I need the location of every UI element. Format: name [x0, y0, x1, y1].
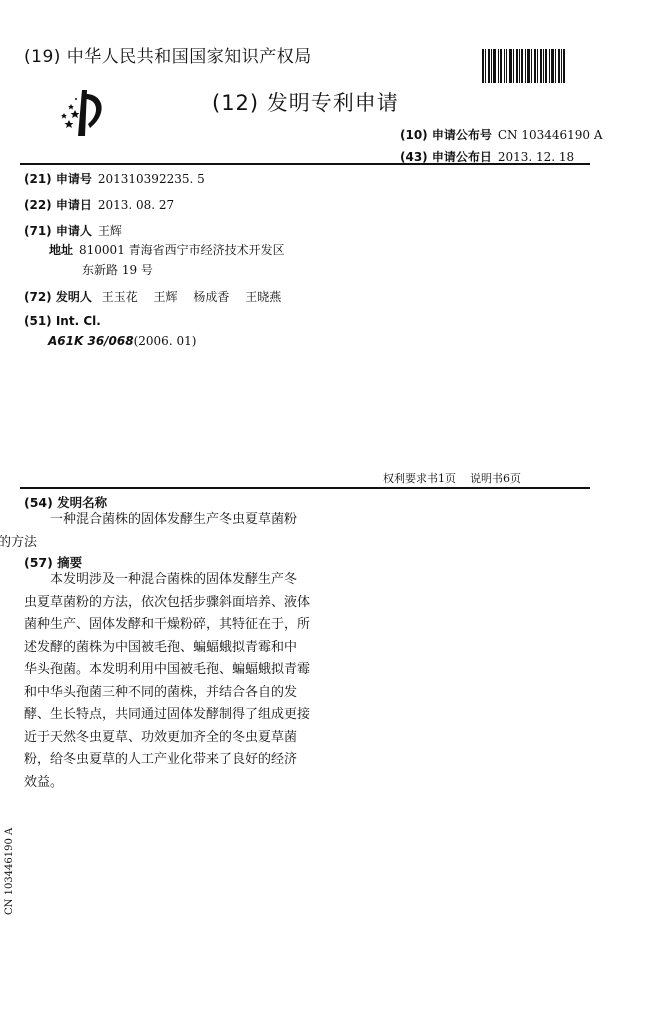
int-cl-version: (2006. 01): [134, 334, 197, 348]
document-kind-title: (12) 发明专利申请: [212, 87, 399, 117]
abstract-line: 述发酵的菌株为中国被毛孢、蝙蝠蛾拟青霉和中: [24, 637, 334, 660]
int-cl-label: (51) Int. Cl.: [24, 314, 101, 328]
publication-date: 2013. 12. 18: [498, 150, 574, 164]
publication-number: CN 103446190 A: [498, 128, 603, 142]
inventors-row: (72) 发明人 王玉花 王辉 杨成香 王晓燕: [24, 288, 281, 305]
page-counts: 权利要求书1页说明书6页: [383, 470, 521, 486]
side-publication-code: CN 103446190 A: [4, 828, 15, 915]
filing-date: 2013. 08. 27: [98, 198, 174, 212]
publication-number-label: (10) 申请公布号: [400, 128, 492, 142]
application-number: 201310392235. 5: [98, 172, 205, 186]
int-cl-code: A61K 36/068: [48, 334, 134, 348]
office-name: (19) 中华人民共和国国家知识产权局: [24, 42, 312, 67]
address-line2: 东新路 19 号: [82, 261, 153, 278]
inventor-name: 王晓燕: [245, 290, 281, 304]
abstract-line: 菌种生产、固体发酵和干燥粉碎，其特征在于，所: [24, 614, 334, 637]
abstract-line: 和中华头孢菌三种不同的菌株，并结合各自的发: [24, 682, 334, 705]
barcode-icon: [482, 49, 589, 83]
applicant-name: 王辉: [98, 224, 122, 238]
inventor-name: 王玉花: [102, 290, 138, 304]
application-number-label: (21) 申请号: [24, 172, 92, 186]
publication-number-row: (10) 申请公布号CN 103446190 A: [400, 126, 603, 143]
address-row: 地址810001 青海省西宁市经济技术开发区: [49, 241, 285, 258]
header-divider: [20, 163, 590, 165]
publication-date-label: (43) 申请公布日: [400, 150, 492, 164]
abstract-line: 华头孢菌。本发明利用中国被毛孢、蝙蝠蛾拟青霉: [24, 659, 334, 682]
address-line1: 810001 青海省西宁市经济技术开发区: [79, 243, 285, 257]
cnipa-logo-icon: [58, 88, 108, 138]
filing-date-row: (22) 申请日2013. 08. 27: [24, 196, 174, 213]
description-page-count: 说明书6页: [470, 472, 521, 485]
applicant-label: (71) 申请人: [24, 224, 92, 238]
int-cl-row: A61K 36/068(2006. 01): [48, 334, 196, 348]
abstract-line: 近于天然冬虫夏草、功效更加齐全的冬虫夏草菌: [24, 727, 334, 750]
abstract-line: 粉，给冬虫夏草的人工产业化带来了良好的经济: [24, 749, 334, 772]
inventor-name: 杨成香: [193, 290, 229, 304]
claims-page-count: 权利要求书1页: [383, 472, 456, 485]
inventor-name: 王辉: [154, 290, 178, 304]
application-number-row: (21) 申请号201310392235. 5: [24, 170, 205, 187]
abstract-line: 效益。: [24, 772, 334, 795]
abstract-line: 酵、生长特点，共同通过固体发酵制得了组成更接: [24, 704, 334, 727]
filing-date-label: (22) 申请日: [24, 198, 92, 212]
applicant-row: (71) 申请人王辉: [24, 222, 122, 239]
abstract-line: 本发明涉及一种混合菌株的固体发酵生产冬: [24, 569, 334, 592]
section-divider: [20, 487, 590, 489]
inventors-label: (72) 发明人: [24, 290, 92, 304]
invention-title: 一种混合菌株的固体发酵生产冬虫夏草菌粉的方法: [24, 509, 334, 554]
abstract-text: 本发明涉及一种混合菌株的固体发酵生产冬 虫夏草菌粉的方法，依次包括步骤斜面培养、…: [24, 569, 334, 794]
address-label: 地址: [49, 243, 73, 257]
abstract-line: 虫夏草菌粉的方法，依次包括步骤斜面培养、液体: [24, 592, 334, 615]
